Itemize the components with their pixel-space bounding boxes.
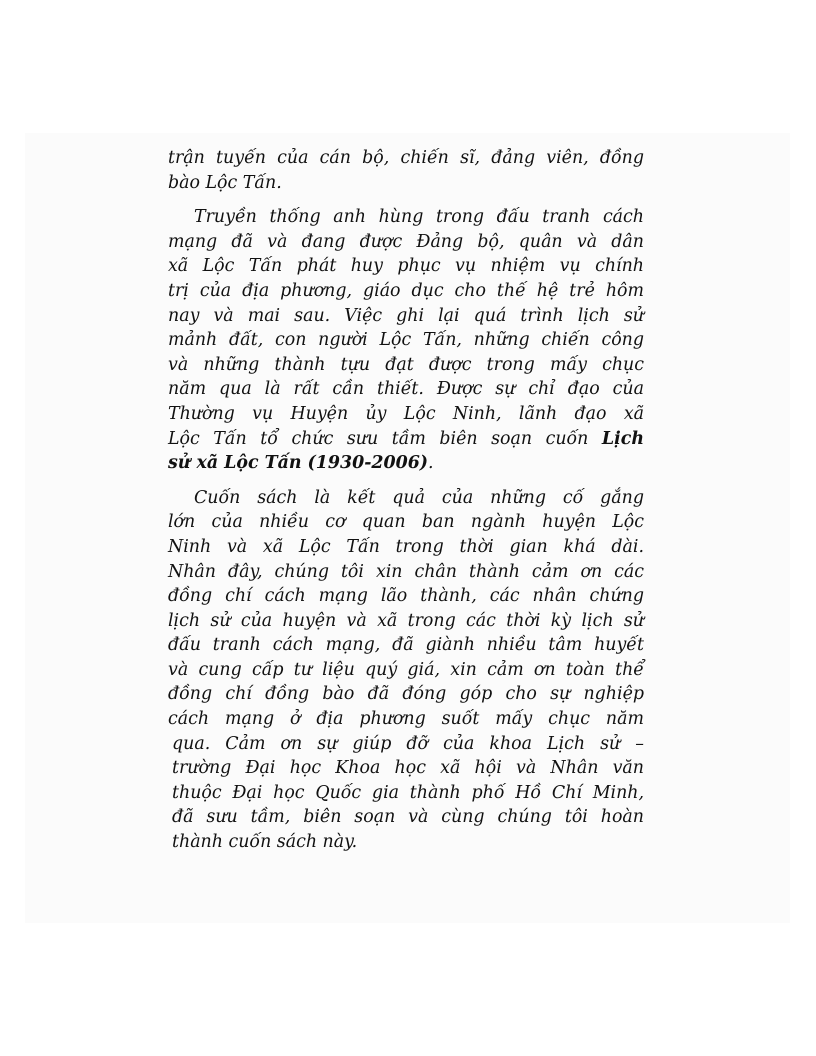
text-line: đồng chí đồng bào đã đóng góp cho sự ngh…: [168, 682, 644, 707]
text-line: và cung cấp tư liệu quý giá, xin cảm ơn …: [168, 658, 644, 683]
text-line: trường Đại học Khoa học xã hội và Nhân v…: [168, 756, 644, 781]
text-line: Lộc Tấn tổ chức sưu tầm biên soạn cuốn L…: [168, 427, 644, 452]
text-line: Thường vụ Huyện ủy Lộc Ninh, lãnh đạo xã: [168, 402, 644, 427]
text-line: lịch sử của huyện và xã trong các thời k…: [168, 609, 644, 634]
text-line: sử xã Lộc Tấn (1930-2006).: [168, 451, 644, 476]
text-line: cách mạng ở địa phương suốt mấy chục năm: [168, 707, 644, 732]
text-line: thuộc Đại học Quốc gia thành phố Hồ Chí …: [168, 781, 644, 806]
text-line: bào Lộc Tấn.: [168, 171, 644, 196]
text-line: qua. Cảm ơn sự giúp đỡ của khoa Lịch sử …: [168, 732, 644, 757]
text-line: đồng chí cách mạng lão thành, các nhân c…: [168, 584, 644, 609]
text-run: Lộc Tấn tổ chức sưu tầm biên soạn cuốn: [168, 429, 602, 449]
text-line: Cuốn sách là kết quả của những cố gắng: [168, 486, 644, 511]
text-line: trận tuyến của cán bộ, chiến sĩ, đảng vi…: [168, 146, 644, 171]
text-line: năm qua là rất cần thiết. Được sự chỉ đạ…: [168, 377, 644, 402]
book-title-start: Lịch: [602, 429, 644, 449]
text-line: đấu tranh cách mạng, đã giành nhiều tâm …: [168, 633, 644, 658]
paragraph-3: Cuốn sách là kết quả của những cố gắng l…: [168, 486, 644, 855]
text-line: và những thành tựu đạt được trong mấy ch…: [168, 353, 644, 378]
document-body: trận tuyến của cán bộ, chiến sĩ, đảng vi…: [168, 146, 644, 865]
text-line: đã sưu tầm, biên soạn và cùng chúng tôi …: [168, 805, 644, 830]
text-line: mảnh đất, con người Lộc Tấn, những chiến…: [168, 328, 644, 353]
paragraph-2: Truyền thống anh hùng trong đấu tranh cá…: [168, 205, 644, 476]
text-line: nay và mai sau. Việc ghi lại quá trình l…: [168, 304, 644, 329]
text-line: lớn của nhiều cơ quan ban ngành huyện Lộ…: [168, 510, 644, 535]
paragraph-1: trận tuyến của cán bộ, chiến sĩ, đảng vi…: [168, 146, 644, 195]
text-run: .: [428, 453, 434, 473]
text-line: xã Lộc Tấn phát huy phục vụ nhiệm vụ chí…: [168, 254, 644, 279]
text-line: Ninh và xã Lộc Tấn trong thời gian khá d…: [168, 535, 644, 560]
text-line: Nhân đây, chúng tôi xin chân thành cảm ơ…: [168, 560, 644, 585]
book-title-end: sử xã Lộc Tấn (1930-2006): [168, 453, 428, 473]
text-line: trị của địa phương, giáo dục cho thế hệ …: [168, 279, 644, 304]
text-line: mạng đã và đang được Đảng bộ, quân và dâ…: [168, 230, 644, 255]
text-line: thành cuốn sách này.: [168, 830, 644, 855]
text-line: Truyền thống anh hùng trong đấu tranh cá…: [168, 205, 644, 230]
